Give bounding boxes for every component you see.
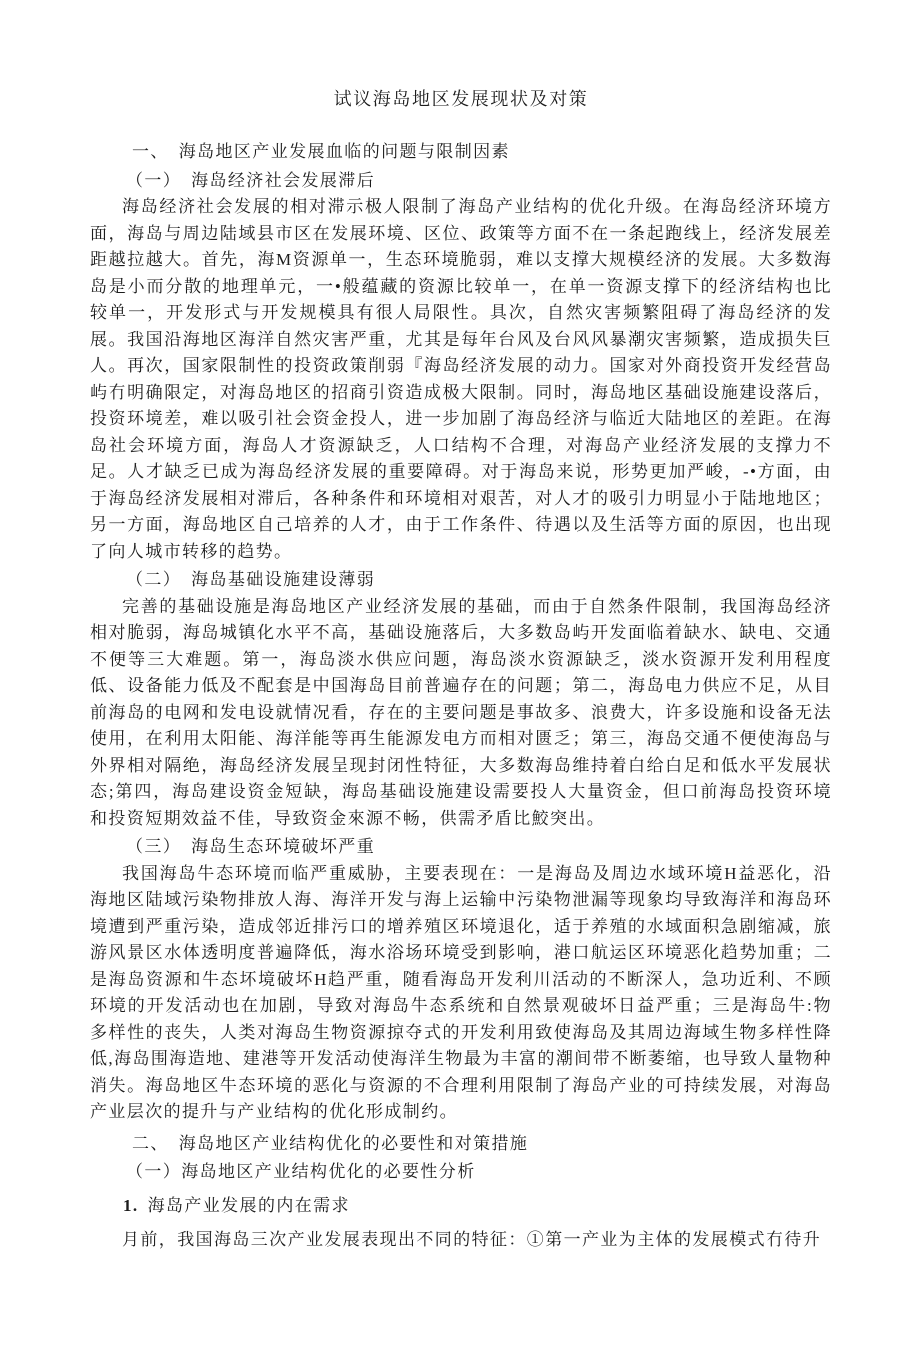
heading-text: 海岛产业发展的内在需求 <box>148 1196 350 1215</box>
paragraph-infrastructure: 完善的基础设施是海岛地区产业经济发展的基础，而由于自然条件限制，我国海岛经济相对… <box>90 594 832 833</box>
document-content: 试议海岛地区发展现状及对策 一、 海岛地区产业发展血临的问题与限制因素 （一） … <box>90 86 832 1254</box>
numbered-heading-internal-demand: 1.海岛产业发展的内在需求 <box>123 1193 832 1220</box>
section-heading-countermeasures: 二、 海岛地区产业结构优化的必要性和对策措施 <box>132 1131 832 1158</box>
subsection-heading-infrastructure: （二） 海岛基础设施建设薄弱 <box>126 567 832 594</box>
subsection-heading-ecology: （三） 海岛生态环境破坏严重 <box>126 834 832 861</box>
section-heading-problems: 一、 海岛地区产业发展血临的问题与限制因素 <box>132 139 832 166</box>
document-title: 试议海岛地区发展现状及对策 <box>90 86 832 113</box>
subsection-heading-economy-lag: （一） 海岛经济社会发展滞后 <box>126 168 832 195</box>
subsection-heading-necessity-analysis: （一）海岛地区产业结构优化的必要性分析 <box>126 1159 832 1186</box>
paragraph-industry-characteristics: 月前，我国海岛三次产业发展表现出不同的特征：①第一产业为主体的发展模式冇待升 <box>90 1227 832 1254</box>
paragraph-ecology: 我国海岛牛态环境而临严重威胁，主要表现在：一是海岛及周边水域环境H益恶化，沿海地… <box>90 861 832 1126</box>
paragraph-economy-lag: 海岛经济社会发展的相对滞示极人限制了海岛产业结构的优化升级。在海岛经济环境方面，… <box>90 194 832 565</box>
document-page: 试议海岛地区发展现状及对策 一、 海岛地区产业发展血临的问题与限制因素 （一） … <box>0 0 920 1361</box>
heading-number: 1. <box>123 1196 139 1215</box>
